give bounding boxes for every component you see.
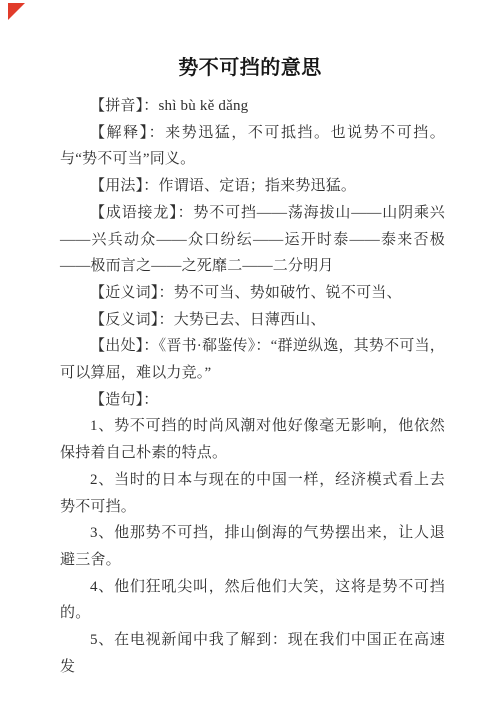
paragraph-sentences-label: 【造句】： (60, 387, 445, 414)
paragraph-sentence-4: 4、他们狂吼尖叫，然后他们大笑，这将是势不可挡的。 (60, 574, 445, 627)
document-body: 【拼音】：shì bù kě dǎng 【解释】：来势迅猛，不可抵挡。也说势不可… (0, 93, 500, 680)
paragraph-sentence-3: 3、他那势不可挡，排山倒海的气势摆出来，让人退避三舍。 (60, 520, 445, 573)
paragraph-idiom-chain: 【成语接龙】：势不可挡——荡海拔山——山阴乘兴——兴兵动众——众口纷纭——运开时… (60, 200, 445, 280)
paragraph-sentence-2: 2、当时的日本与现在的中国一样，经济模式看上去势不可挡。 (60, 467, 445, 520)
paragraph-sentence-5: 5、在电视新闻中我了解到：现在我们中国正在高速发 (60, 627, 445, 680)
paragraph-usage: 【用法】：作谓语、定语；指来势迅猛。 (60, 173, 445, 200)
page-title: 势不可挡的意思 (0, 0, 500, 93)
paragraph-pinyin: 【拼音】：shì bù kě dǎng (60, 93, 445, 120)
paragraph-antonyms: 【反义词】：大势已去、日薄西山、 (60, 307, 445, 334)
red-corner-marker (8, 3, 25, 20)
paragraph-synonyms: 【近义词】：势不可当、势如破竹、锐不可当、 (60, 280, 445, 307)
document-page: 势不可挡的意思 【拼音】：shì bù kě dǎng 【解释】：来势迅猛，不可… (0, 0, 500, 707)
paragraph-definition: 【解释】：来势迅猛，不可抵挡。也说势不可挡。与“势不可当”同义。 (60, 120, 445, 173)
paragraph-sentence-1: 1、势不可挡的时尚风潮对他好像毫无影响，他依然保持着自己朴素的特点。 (60, 413, 445, 466)
paragraph-source: 【出处】：《晋书·郗鉴传》：“群逆纵逸，其势不可当，可以算屈，难以力竞。” (60, 333, 445, 386)
